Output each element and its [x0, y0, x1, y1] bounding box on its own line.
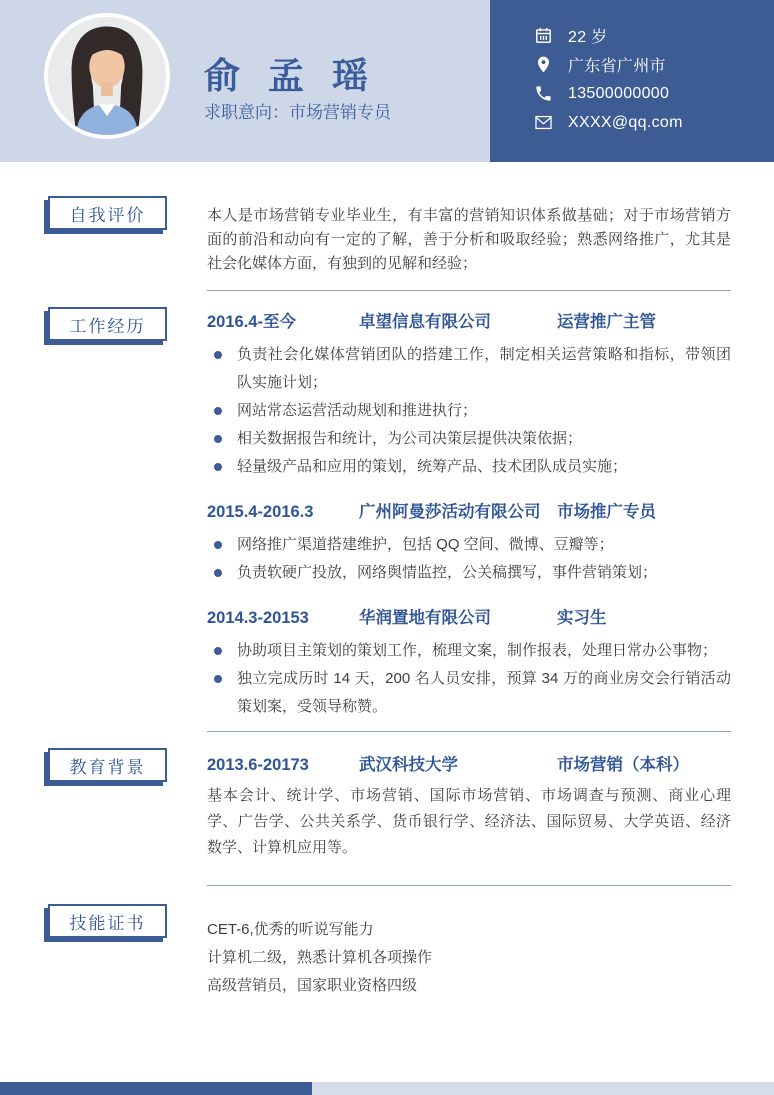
- phone-icon: [534, 84, 553, 103]
- skill-item: 计算机二级，熟悉计算机各项操作: [207, 944, 731, 972]
- bullet-item: 相关数据报告和统计，为公司决策层提供决策依据；: [207, 425, 731, 453]
- header-left-panel: 俞 孟 瑶 求职意向：市场营销专员: [0, 0, 490, 162]
- job-period: 2016.4-至今: [207, 311, 359, 333]
- contact-row-age: 22 岁: [534, 21, 774, 50]
- bullet-dot-icon: [214, 463, 222, 471]
- self-evaluation-text: 本人是市场营销专业毕业生，有丰富的营销知识体系做基础；对于市场营销方面的前沿和动…: [207, 196, 731, 276]
- resume-page: 俞 孟 瑶 求职意向：市场营销专员 22 岁: [0, 0, 774, 1000]
- section-label-education: 教育背景: [48, 748, 167, 782]
- footer-dark-segment: [0, 1082, 312, 1095]
- location-value: 广东省广州市: [568, 53, 666, 76]
- age-value: 22 岁: [568, 24, 607, 47]
- bullet-dot-icon: [214, 407, 222, 415]
- bullet-dot-icon: [214, 435, 222, 443]
- phone-value: 13500000000: [568, 85, 669, 103]
- bullet-item: 负责软硬广投放，网络舆情监控，公关稿撰写，事件营销策划；: [207, 559, 731, 587]
- job-role: 实习生: [557, 607, 731, 629]
- skill-item: 高级营销员，国家职业资格四级: [207, 972, 731, 1000]
- calendar-icon: [534, 26, 553, 45]
- education-period: 2013.6-20173: [207, 754, 359, 776]
- section-skills-certificates: 技能证书 CET-6,优秀的听说写能力 计算机二级，熟悉计算机各项操作 高级营销…: [0, 904, 774, 1000]
- section-label-work-experience: 工作经历: [48, 307, 167, 341]
- bullet-text: 网站常态运营活动规划和推进执行；: [237, 402, 477, 419]
- section-label-skills: 技能证书: [48, 904, 167, 938]
- contact-card: 22 岁 广东省广州市 13500000000: [490, 0, 774, 162]
- bullet-text: 负责软硬广投放，网络舆情监控，公关稿撰写，事件营销策划；: [237, 564, 657, 581]
- education-school: 武汉科技大学: [359, 754, 557, 776]
- section-label-text: 自我评价: [70, 201, 146, 226]
- mail-icon: [534, 113, 553, 132]
- education-courses: 基本会计、统计学、市场营销、国际市场营销、市场调查与预测、商业心理学、广告学、公…: [207, 783, 731, 861]
- avatar-illustration: [48, 17, 166, 135]
- skill-item: CET-6,优秀的听说写能力: [207, 916, 731, 944]
- section-self-evaluation: 自我评价 本人是市场营销专业毕业生，有丰富的营销知识体系做基础；对于市场营销方面…: [0, 196, 774, 291]
- bullet-dot-icon: [214, 569, 222, 577]
- education-major: 市场营销（本科）: [557, 754, 731, 776]
- footer-bar: [0, 1082, 774, 1095]
- section-label-text: 技能证书: [70, 909, 146, 934]
- job-entry-2: 2015.4-2016.3 广州阿曼莎活动有限公司 市场推广专员 网络推广渠道搭…: [207, 501, 731, 587]
- job-role: 运营推广主管: [557, 311, 731, 333]
- contact-row-email: XXXX@qq.com: [534, 108, 774, 137]
- job-heading: 2014.3-20153 华润置地有限公司 实习生: [207, 607, 731, 629]
- job-period: 2014.3-20153: [207, 607, 359, 629]
- candidate-name: 俞 孟 瑶: [204, 48, 377, 99]
- bullet-text: 网络推广渠道搭建维护，包括 QQ 空间、微博、豆瓣等；: [237, 536, 614, 553]
- section-education: 教育背景 2013.6-20173 武汉科技大学 市场营销（本科） 基本会计、统…: [0, 748, 774, 886]
- bullet-item: 协助项目主策划的策划工作，梳理文案，制作报表，处理日常办公事物；: [207, 637, 731, 665]
- job-intent: 求职意向：市场营销专员: [204, 98, 391, 123]
- bullet-item: 负责社会化媒体营销团队的搭建工作，制定相关运营策略和指标，带领团队实施计划；: [207, 341, 731, 397]
- job-bullet-list: 协助项目主策划的策划工作，梳理文案，制作报表，处理日常办公事物； 独立完成历时 …: [207, 637, 731, 721]
- bullet-item: 轻量级产品和应用的策划，统筹产品、技术团队成员实施；: [207, 453, 731, 481]
- section-label-self-evaluation: 自我评价: [48, 196, 167, 230]
- contact-row-location: 广东省广州市: [534, 50, 774, 79]
- job-bullet-list: 负责社会化媒体营销团队的搭建工作，制定相关运营策略和指标，带领团队实施计划； 网…: [207, 341, 731, 481]
- job-entry-1: 2016.4-至今 卓望信息有限公司 运营推广主管 负责社会化媒体营销团队的搭建…: [207, 307, 731, 481]
- section-divider: [207, 885, 731, 886]
- bullet-text: 轻量级产品和应用的策划，统筹产品、技术团队成员实施；: [237, 458, 627, 475]
- profile-photo: [44, 13, 170, 139]
- job-company: 卓望信息有限公司: [359, 311, 557, 333]
- section-work-experience: 工作经历 2016.4-至今 卓望信息有限公司 运营推广主管 负责社会化媒体营销…: [0, 307, 774, 732]
- section-label-text: 工作经历: [70, 312, 146, 337]
- education-heading: 2013.6-20173 武汉科技大学 市场营销（本科）: [207, 748, 731, 776]
- job-company: 广州阿曼莎活动有限公司: [359, 501, 557, 523]
- bullet-item: 网络推广渠道搭建维护，包括 QQ 空间、微博、豆瓣等；: [207, 531, 731, 559]
- bullet-text: 独立完成历时 14 天，200 名人员安排，预算 34 万的商业房交会行销活动策…: [237, 670, 731, 715]
- job-heading: 2016.4-至今 卓望信息有限公司 运营推广主管: [207, 307, 731, 333]
- header: 俞 孟 瑶 求职意向：市场营销专员 22 岁: [0, 0, 774, 162]
- bullet-item: 独立完成历时 14 天，200 名人员安排，预算 34 万的商业房交会行销活动策…: [207, 665, 731, 721]
- footer-light-segment: [312, 1082, 774, 1095]
- bullet-text: 负责社会化媒体营销团队的搭建工作，制定相关运营策略和指标，带领团队实施计划；: [237, 346, 731, 391]
- job-role: 市场推广专员: [557, 501, 731, 523]
- job-period: 2015.4-2016.3: [207, 501, 359, 523]
- location-icon: [534, 55, 553, 74]
- bullet-text: 协助项目主策划的策划工作，梳理文案，制作报表，处理日常办公事物；: [237, 642, 717, 659]
- section-divider: [207, 290, 731, 291]
- bullet-dot-icon: [214, 647, 222, 655]
- bullet-dot-icon: [214, 351, 222, 359]
- job-company: 华润置地有限公司: [359, 607, 557, 629]
- section-divider: [207, 731, 731, 732]
- bullet-dot-icon: [214, 675, 222, 683]
- job-heading: 2015.4-2016.3 广州阿曼莎活动有限公司 市场推广专员: [207, 501, 731, 523]
- bullet-text: 相关数据报告和统计，为公司决策层提供决策依据；: [237, 430, 582, 447]
- job-entry-3: 2014.3-20153 华润置地有限公司 实习生 协助项目主策划的策划工作，梳…: [207, 607, 731, 721]
- contact-row-phone: 13500000000: [534, 79, 774, 108]
- section-label-text: 教育背景: [70, 753, 146, 778]
- bullet-dot-icon: [214, 541, 222, 549]
- email-value: XXXX@qq.com: [568, 114, 683, 132]
- bullet-item: 网站常态运营活动规划和推进执行；: [207, 397, 731, 425]
- job-bullet-list: 网络推广渠道搭建维护，包括 QQ 空间、微博、豆瓣等； 负责软硬广投放，网络舆情…: [207, 531, 731, 587]
